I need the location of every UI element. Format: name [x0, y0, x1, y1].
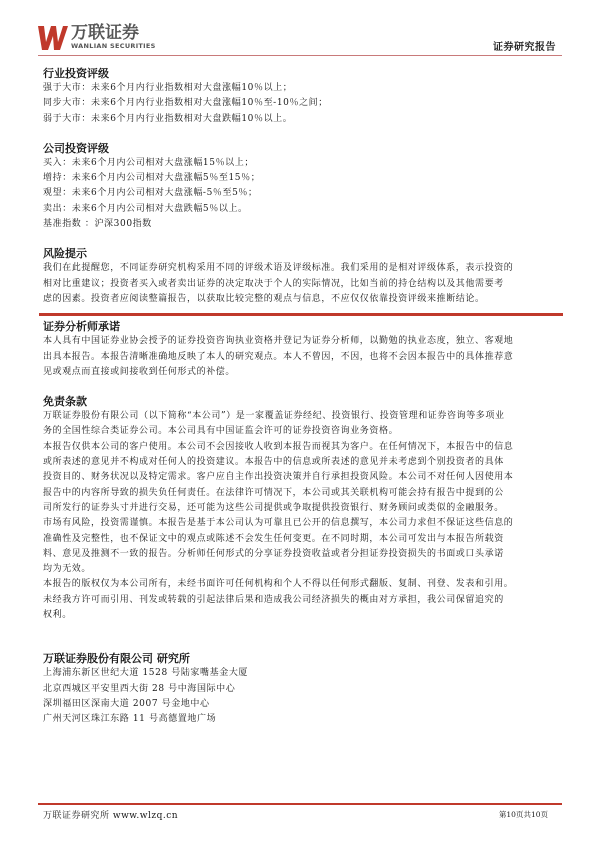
paragraph-line: 出具本报告。本报告清晰准确地反映了本人的研究观点。本人不曾因，不因，也将不会因本… [43, 350, 558, 365]
rating-item: 同步大市：未来6个月内行业指数相对大盘涨幅10％至-10％之间； [43, 96, 558, 111]
address-guangzhou: 广州天河区珠江东路 11 号高德置地广场 [43, 712, 558, 727]
company-rating-section: 公司投资评级 买入：未来6个月内公司相对大盘涨幅15％以上； 增持：未来6个月内… [43, 141, 558, 232]
wanlian-w-logo-icon [38, 26, 68, 50]
rating-item: 强于大市：未来6个月内行业指数相对大盘涨幅10％以上； [43, 81, 558, 96]
section-title: 公司投资评级 [43, 141, 558, 156]
paragraph-line: 本人具有中国证券业协会授予的证券投资咨询执业资格并登记为证券分析师，以勤勉的执业… [43, 334, 558, 349]
rating-item: 买入：未来6个月内公司相对大盘涨幅15％以上； [43, 156, 558, 171]
footer-site: 万联证券研究所 www.wlzq.cn [43, 808, 178, 821]
benchmark-index: 基准指数 ：沪深300指数 [43, 217, 558, 232]
document-body: 行业投资评级 强于大市：未来6个月内行业指数相对大盘涨幅10％以上； 同步大市：… [43, 66, 558, 728]
report-type-label: 证券研究报告 [493, 38, 556, 53]
page-header: 万联证券 WANLIAN SECURITIES 证券研究报告 [38, 24, 558, 54]
disclaimer-section: 免责条款 万联证券股份有限公司（以下简称“本公司”）是一家覆盖证券经纪、投资银行… [43, 394, 558, 623]
header-divider [38, 55, 562, 56]
rating-item: 弱于大市：未来6个月内行业指数相对大盘跌幅10％以上。 [43, 112, 558, 127]
paragraph-line: 万联证券股份有限公司（以下简称“本公司”）是一家覆盖证券经纪、投资银行、投资管理… [43, 409, 558, 424]
company-info-section: 万联证券股份有限公司 研究所 上海浦东新区世纪大道 1528 号陆家嘴基金大厦 … [43, 651, 558, 727]
paragraph-line: 投资目的、财务状况以及特定需求。客户应自主作出投资决策并自行承担投资风险。本公司… [43, 470, 558, 485]
company-logo: 万联证券 WANLIAN SECURITIES [38, 24, 156, 50]
analyst-section: 证券分析师承诺 本人具有中国证券业协会授予的证券投资咨询执业资格并登记为证券分析… [43, 319, 558, 380]
page-number: 第10页共10页 [499, 809, 548, 820]
paragraph-line: 本报告的版权仅为本公司所有，未经书面许可任何机构和个人不得以任何形式翻版、复制、… [43, 577, 558, 592]
rating-item: 卖出：未来6个月内公司相对大盘跌幅5％以上。 [43, 202, 558, 217]
section-title: 证券分析师承诺 [43, 319, 558, 334]
address-shanghai: 上海浦东新区世纪大道 1528 号陆家嘴基金大厦 [43, 666, 558, 681]
logo-english-name: WANLIAN SECURITIES [71, 42, 156, 50]
paragraph-line: 未经我方许可而引用、刊发或转载的引起法律后果和造成我公司经济损失的概由对方承担，… [43, 593, 558, 608]
logo-chinese-name: 万联证券 [71, 25, 156, 42]
section-title: 免责条款 [43, 394, 558, 409]
paragraph-line: 本报告仅供本公司的客户使用。本公司不会因接收人收到本报告而视其为客户。在任何情况… [43, 440, 558, 455]
section-title: 行业投资评级 [43, 66, 558, 81]
industry-rating-section: 行业投资评级 强于大市：未来6个月内行业指数相对大盘涨幅10％以上； 同步大市：… [43, 66, 558, 127]
paragraph-line: 我们在此提醒您，不同证券研究机构采用不同的评级术语及评级标准。我们采用的是相对评… [43, 261, 558, 276]
company-title: 万联证券股份有限公司 研究所 [43, 651, 558, 666]
paragraph-line: 料、意见及推测不一致的报告。分析师任何形式的分享证券投资收益或者分担证券投资损失… [43, 547, 558, 562]
paragraph-line: 务的全国性综合类证券公司。本公司具有中国证监会许可的证券投资咨询业务资格。 [43, 424, 558, 439]
address-beijing: 北京西城区平安里西大街 28 号中海国际中心 [43, 682, 558, 697]
section-divider [39, 313, 563, 316]
address-shenzhen: 深圳福田区深南大道 2007 号金地中心 [43, 697, 558, 712]
rating-item: 增持：未来6个月内公司相对大盘涨幅5％至15％； [43, 171, 558, 186]
paragraph-line: 或所表述的意见并不构成对任何人的投资建议。本报告中的信息或所表述的意见并未考虑到… [43, 455, 558, 470]
paragraph-line: 报告中的内容所导致的损失负任何责任。在法律许可情况下，本公司或其关联机构可能会持… [43, 486, 558, 501]
paragraph-line: 市场有风险，投资需谨慎。本报告是基于本公司认为可靠且已公开的信息撰写，本公司力求… [43, 516, 558, 531]
paragraph-line: 均为无效。 [43, 562, 558, 577]
paragraph-line: 司所发行的证券头寸并进行交易，还可能为这些公司提供或争取提供投资银行、财务顾问或… [43, 501, 558, 516]
paragraph-line: 准确性及完整性，也不保证文中的观点或陈述不会发生任何变更。在不同时期，本公司可发… [43, 532, 558, 547]
risk-section: 风险提示 我们在此提醒您，不同证券研究机构采用不同的评级术语及评级标准。我们采用… [43, 246, 558, 307]
footer-divider [38, 803, 562, 805]
paragraph-line: 虑的因素。投资者应阅读整篇报告，以获取比较完整的观点与信息，不应仅仅依靠投资评级… [43, 292, 558, 307]
paragraph-line: 权利。 [43, 608, 558, 623]
paragraph-line: 见或观点而直接或间接收到任何形式的补偿。 [43, 365, 558, 380]
section-title: 风险提示 [43, 246, 558, 261]
rating-item: 观望：未来6个月内公司相对大盘涨幅-5％至5％； [43, 186, 558, 201]
paragraph-line: 相对比重建议；投资者买入或者卖出证券的决定取决于个人的实际情况，比如当前的持仓结… [43, 277, 558, 292]
